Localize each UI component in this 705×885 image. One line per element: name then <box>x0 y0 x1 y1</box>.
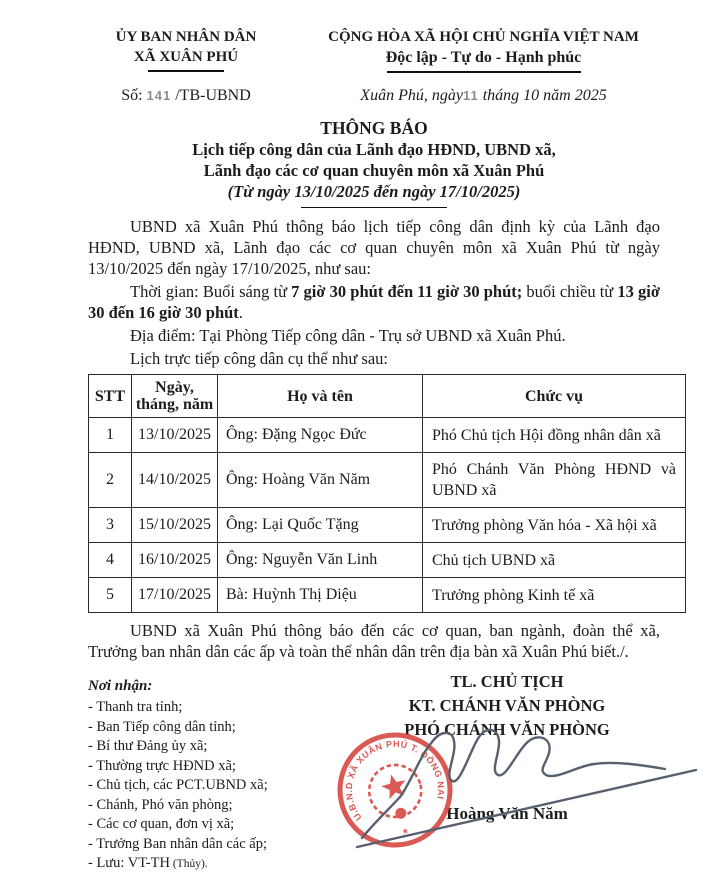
recipient-item-suffix: (Thủy). <box>170 858 208 870</box>
number-value: 141 <box>147 88 172 103</box>
document-number: Số: 141 /TB-UBND <box>70 87 302 105</box>
recipient-item: - Thanh tra tỉnh; <box>88 698 368 718</box>
dateline-day: 11 <box>463 88 479 103</box>
header-cell-stt: STT <box>89 375 132 418</box>
table-cell: 2 <box>89 453 132 508</box>
paragraph-time: Thời gian: Buổi sáng từ 7 giờ 30 phút đế… <box>88 281 660 323</box>
recipients-label: Nơi nhận: <box>88 676 368 696</box>
paragraph-location: Địa điểm: Tại Phòng Tiếp công dân - Trụ … <box>88 325 660 346</box>
table-row: 315/10/2025Ông: Lại Quốc TặngTrưởng phòn… <box>89 508 686 543</box>
title-underline <box>301 207 447 209</box>
table-cell: Trưởng phòng Kinh tế xã <box>423 578 686 613</box>
recipient-item: - Chủ tịch, các PCT.UBND xã; <box>88 776 368 796</box>
table-cell: 16/10/2025 <box>132 543 218 578</box>
issuer-underline <box>148 70 224 72</box>
issuer-block: ỦY BAN NHÂN DÂN XÃ XUÂN PHÚ Số: 141 /TB-… <box>70 27 302 105</box>
recipient-item: - Trưởng Ban nhân dân các ấp; <box>88 835 368 855</box>
national-title: CỘNG HÒA XÃ HỘI CHỦ NGHĨA VIỆT NAM <box>302 27 665 47</box>
table-row: 214/10/2025Ông: Hoàng Văn NămPhó Chánh V… <box>89 453 686 508</box>
header-cell-date: Ngày, tháng, năm <box>132 375 218 418</box>
table-cell: Phó Chủ tịch Hội đồng nhân dân xã <box>423 418 686 453</box>
stamp-star-icon <box>379 771 409 800</box>
dateline-suffix: tháng 10 năm 2025 <box>483 87 607 104</box>
table-cell: 3 <box>89 508 132 543</box>
title-block: THÔNG BÁO Lịch tiếp công dân của Lãnh đạ… <box>88 117 660 209</box>
table-cell: 5 <box>89 578 132 613</box>
schedule-table-body: 113/10/2025Ông: Đặng Ngọc ĐứcPhó Chủ tịc… <box>89 418 686 613</box>
table-row: 113/10/2025Ông: Đặng Ngọc ĐứcPhó Chủ tịc… <box>89 418 686 453</box>
national-motto: Độc lập - Tự do - Hạnh phúc <box>302 47 665 68</box>
table-cell: Trưởng phòng Văn hóa - Xã hội xã <box>423 508 686 543</box>
recipient-item: - Lưu: VT-TH (Thủy). <box>88 854 368 875</box>
document-date-range: (Từ ngày 13/10/2025 đến ngày 17/10/2025) <box>88 181 660 203</box>
paragraph-intro: UBND xã Xuân Phú thông báo lịch tiếp côn… <box>88 216 660 279</box>
table-cell: Bà: Huỳnh Thị Diệu <box>218 578 423 613</box>
number-prefix: Số: <box>121 87 142 104</box>
recipient-item: - Các cơ quan, đơn vị xã; <box>88 815 368 835</box>
number-suffix: /TB-UBND <box>175 87 251 104</box>
table-cell: 14/10/2025 <box>132 453 218 508</box>
document-body: UBND xã Xuân Phú thông báo lịch tiếp côn… <box>88 216 660 369</box>
national-motto-block: CỘNG HÒA XÃ HỘI CHỦ NGHĨA VIỆT NAM Độc l… <box>302 27 665 105</box>
table-cell: Ông: Hoàng Văn Năm <box>218 453 423 508</box>
header-cell-position: Chức vụ <box>423 375 686 418</box>
header-cell-name: Họ và tên <box>218 375 423 418</box>
table-row: 517/10/2025Bà: Huỳnh Thị DiệuTrưởng phòn… <box>89 578 686 613</box>
table-header-row: STT Ngày, tháng, năm Họ và tên Chức vụ <box>89 375 686 418</box>
document-page: ỦY BAN NHÂN DÂN XÃ XUÂN PHÚ Số: 141 /TB-… <box>0 0 705 885</box>
paragraph-closing: UBND xã Xuân Phú thông báo đến các cơ qu… <box>88 620 660 662</box>
document-subtitle-1: Lịch tiếp công dân của Lãnh đạo HĐND, UB… <box>88 139 660 160</box>
recipient-item: - Ban Tiếp công dân tỉnh; <box>88 718 368 738</box>
motto-underline <box>387 71 581 73</box>
document-header: ỦY BAN NHÂN DÂN XÃ XUÂN PHÚ Số: 141 /TB-… <box>0 0 705 105</box>
time-text: Thời gian: Buổi sáng từ <box>130 282 291 301</box>
signer-authority-line1: TL. CHỦ TỊCH <box>367 670 647 694</box>
paragraph-schedule-lead: Lịch trực tiếp công dân cụ thể như sau: <box>88 348 660 369</box>
recipients-block: Nơi nhận: - Thanh tra tỉnh;- Ban Tiếp cô… <box>88 676 368 875</box>
table-cell: Ông: Lại Quốc Tặng <box>218 508 423 543</box>
schedule-table-head: STT Ngày, tháng, năm Họ và tên Chức vụ <box>89 375 686 418</box>
document-subtitle-2: Lãnh đạo các cơ quan chuyên môn xã Xuân … <box>88 160 660 181</box>
time-morning-bold: 7 giờ 30 phút đến 11 giờ 30 phút; <box>291 282 522 301</box>
table-cell: 4 <box>89 543 132 578</box>
time-text-2: buổi chiều từ <box>522 282 617 301</box>
table-cell: Ông: Đặng Ngọc Đức <box>218 418 423 453</box>
table-cell: Phó Chánh Văn Phòng HĐND và UBND xã <box>423 453 686 508</box>
dateline-prefix: Xuân Phú, ngày <box>360 87 463 104</box>
recipient-item: - Chánh, Phó văn phòng; <box>88 796 368 816</box>
table-cell: 15/10/2025 <box>132 508 218 543</box>
table-cell: 17/10/2025 <box>132 578 218 613</box>
time-period: . <box>239 303 243 322</box>
table-cell: Ông: Nguyễn Văn Linh <box>218 543 423 578</box>
issuer-name-line1: ỦY BAN NHÂN DÂN <box>70 27 302 47</box>
table-cell: 13/10/2025 <box>132 418 218 453</box>
place-date-line: Xuân Phú, ngày11 tháng 10 năm 2025 <box>302 87 665 105</box>
stamp-bottom-star: ★ <box>401 826 410 836</box>
schedule-table: STT Ngày, tháng, năm Họ và tên Chức vụ 1… <box>88 374 686 613</box>
table-cell: 1 <box>89 418 132 453</box>
document-title: THÔNG BÁO <box>88 117 660 139</box>
issuer-name-line2: XÃ XUÂN PHÚ <box>70 47 302 67</box>
table-row: 416/10/2025Ông: Nguyễn Văn LinhChủ tịch … <box>89 543 686 578</box>
recipients-list: - Thanh tra tỉnh;- Ban Tiếp công dân tỉn… <box>88 698 368 875</box>
signer-authority-line2: KT. CHÁNH VĂN PHÒNG <box>367 694 647 718</box>
table-cell: Chủ tịch UBND xã <box>423 543 686 578</box>
